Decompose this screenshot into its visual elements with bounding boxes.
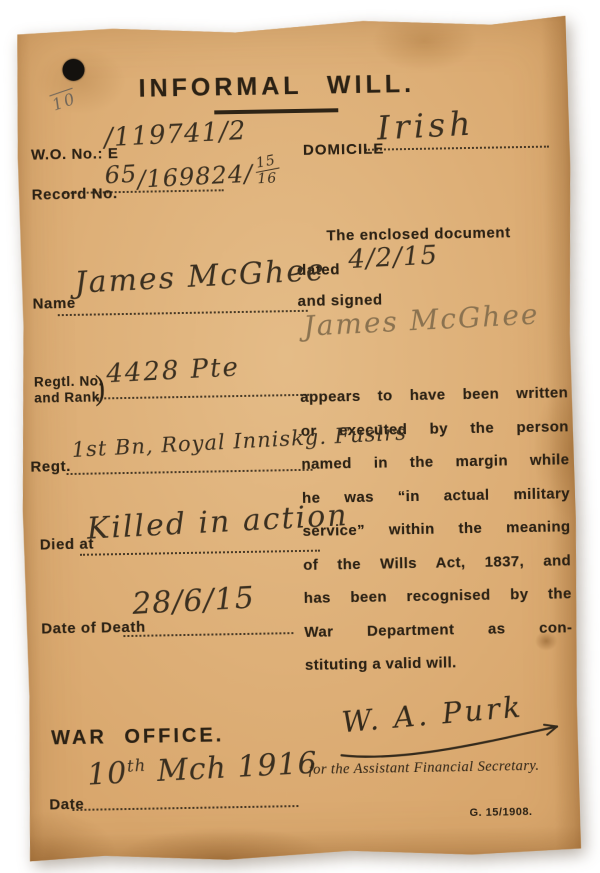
regtl-no-label: Regtl. No. xyxy=(34,373,103,389)
paper-wrap: 10 INFORMAL WILL. W.O. No.: E /119741/2 … xyxy=(13,13,584,865)
record-number-fraction: 1516 xyxy=(254,154,279,186)
date-of-death-line xyxy=(123,632,293,637)
statement-line: has been recognised by the xyxy=(303,577,572,615)
statement-line: named in the margin while xyxy=(301,443,570,481)
wo-number-value: /119741/2 xyxy=(103,116,247,153)
for-secretary-line: for the Assistant Financial Secretary. xyxy=(309,758,540,779)
rank-label: and Rank xyxy=(34,389,100,405)
signature-flourish-icon xyxy=(333,713,580,765)
regtl-no-rank-value: 4428 Pte xyxy=(106,352,241,389)
date-line xyxy=(72,805,298,811)
domicile-value: Irish xyxy=(376,104,475,148)
name-label: Name xyxy=(32,295,76,313)
form-code: G. 15/1908. xyxy=(469,806,532,819)
dated-value: 4/2/15 xyxy=(348,240,439,275)
regt-label: Regt. xyxy=(30,458,71,476)
form-title: INFORMAL WILL. xyxy=(14,68,540,106)
paper: 10 INFORMAL WILL. W.O. No.: E /119741/2 … xyxy=(13,13,584,865)
statement-line: stituting a valid will. xyxy=(305,644,574,682)
label-brace: ) xyxy=(95,369,106,408)
died-at-label: Died at xyxy=(40,536,95,554)
statement-line: War Department as con- xyxy=(304,611,573,649)
date-of-death-value: 28/6/15 xyxy=(131,581,255,622)
name-value: James McGhee xyxy=(74,253,327,301)
died-at-line xyxy=(80,550,320,556)
name-line xyxy=(58,310,308,316)
title-underline xyxy=(214,108,338,114)
statement-line: appears to have been written xyxy=(300,376,569,414)
regt-line xyxy=(67,469,313,475)
regtl-no-rank-line xyxy=(97,394,309,400)
date-value: 10th Mch 1916 xyxy=(86,746,318,793)
war-office-heading: WAR OFFICE. xyxy=(51,724,224,750)
scanned-document-background: 10 INFORMAL WILL. W.O. No.: E /119741/2 … xyxy=(0,0,600,873)
statement-line: of the Wills Act, 1837, and xyxy=(303,544,572,582)
